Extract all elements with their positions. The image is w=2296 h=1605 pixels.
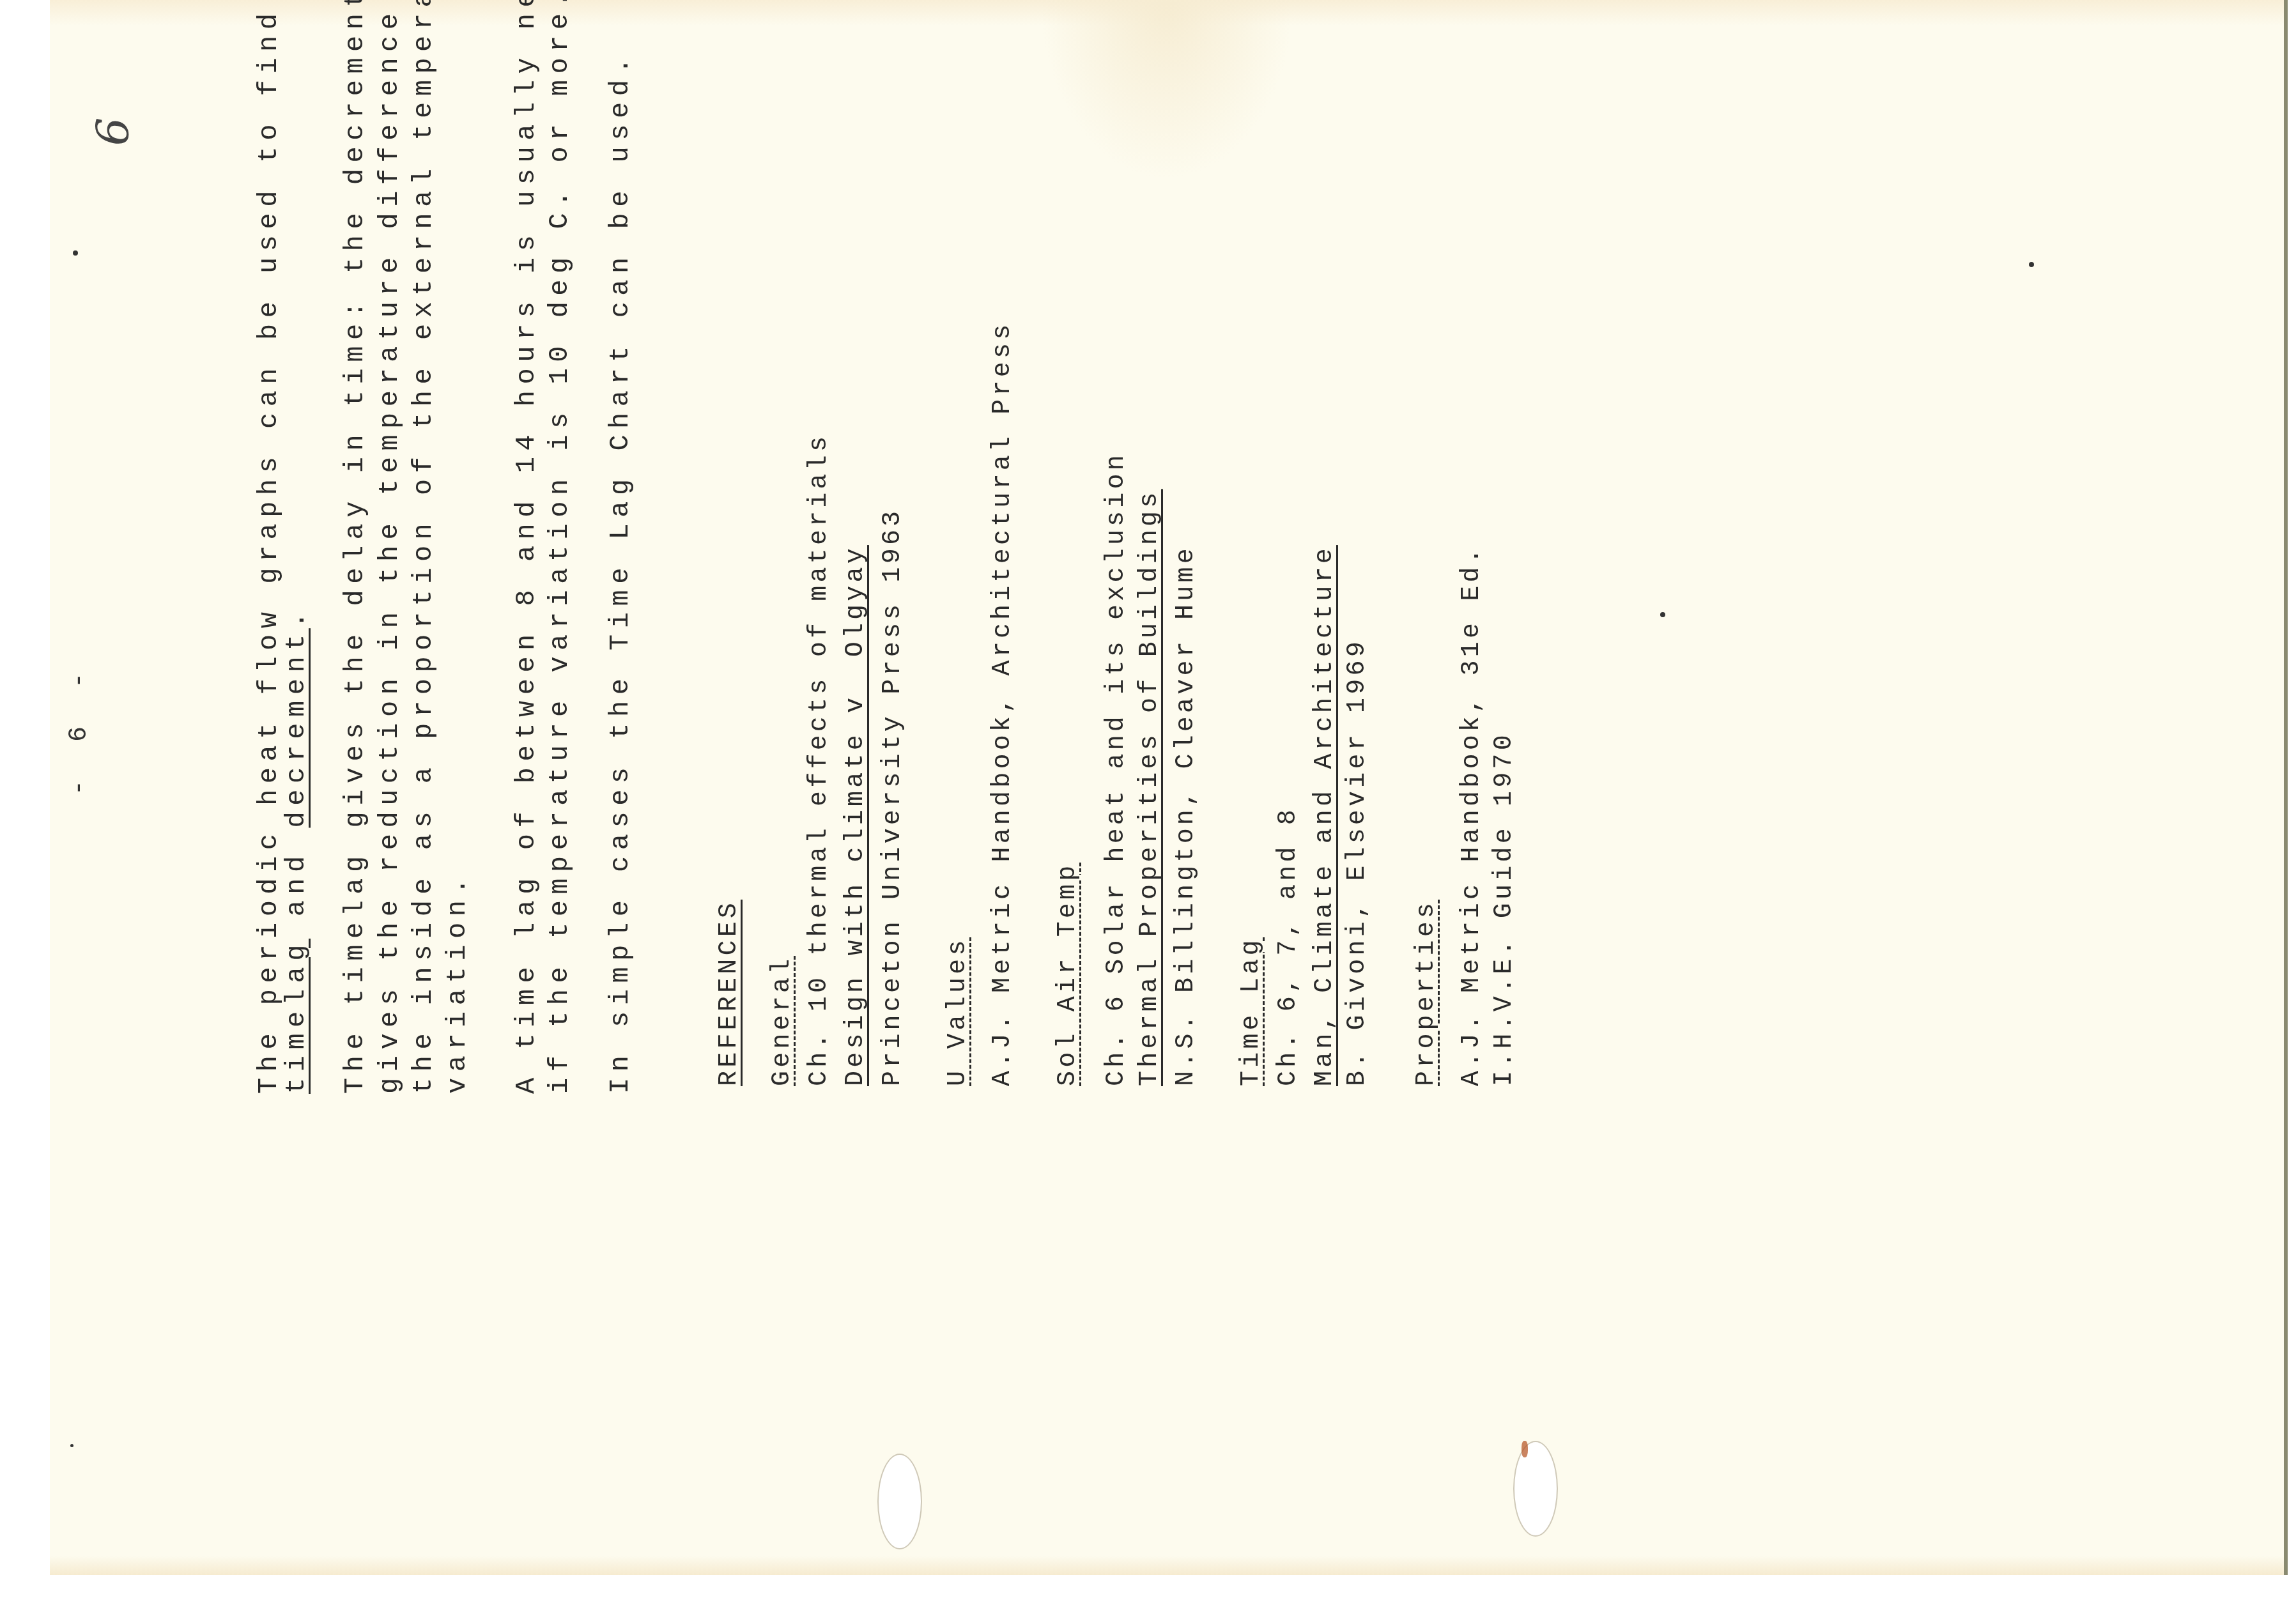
para2-line2: gives the reduction in the temperature d… — [376, 0, 403, 1094]
ink-speck — [1660, 612, 1665, 617]
punch-hole — [877, 1454, 922, 1549]
para3-line1: A time lag of between 8 and 14 hours is … — [513, 0, 540, 1094]
ref-section-u-values: U Values — [946, 937, 971, 1086]
para2-line1: The timelag gives the delay in time: the… — [342, 0, 369, 1094]
rust-stain — [1522, 1441, 1528, 1457]
ref-line: Princeton University Press 1963 — [881, 508, 906, 1086]
para3-line2: if the temperature variation is 10 deg C… — [546, 0, 573, 1094]
ref-line: N.S. Billington, Cleaver Hume — [1174, 545, 1199, 1086]
ref-line: Ch. 6 Solar heat and its exclusion — [1104, 452, 1130, 1086]
ref-line: Ch. 6, 7, and 8 — [1276, 806, 1302, 1086]
ref-section-properties: Properties — [1414, 900, 1440, 1086]
para2-line3: the inside as a proportion of the extern… — [410, 0, 437, 1094]
ref-line: A.J. Metric Handbook, 31e Ed. — [1460, 545, 1485, 1086]
ref-section-time-lag: Time Lag — [1239, 937, 1265, 1086]
ref-line: Design with climate v Olgyay — [844, 545, 869, 1086]
para1-line2: timelag and decrement. — [283, 606, 310, 1094]
para4-line1: In simple cases the Time Lag Chart can b… — [607, 52, 634, 1094]
ref-line: Thermal Properities of Buildings — [1137, 489, 1163, 1086]
ref-section-sol-air-temp: Sol Air Temp — [1056, 863, 1081, 1086]
references-heading: REFERENCES — [717, 900, 743, 1086]
ink-speck — [70, 1444, 73, 1447]
ref-line: A.J. Metric Handbook, Architectural Pres… — [990, 321, 1016, 1086]
punch-hole — [1513, 1441, 1558, 1537]
para2-line4: variation. — [444, 872, 471, 1094]
term-decrement: decrement — [281, 628, 312, 827]
ref-line: I.H.V.E. Guide 1970 — [1492, 732, 1518, 1086]
ref-line: B. Givoni, Elsevier 1969 — [1345, 638, 1371, 1086]
ref-line: Man, Climate and Architecture — [1313, 545, 1338, 1086]
handwritten-page-number: 6 — [87, 118, 139, 146]
term-timelag: timelag — [281, 939, 312, 1094]
ink-speck — [73, 250, 78, 256]
page-marker: - 6 - — [65, 661, 94, 795]
ref-line: Ch. 10 thermal effects of materials — [807, 433, 833, 1086]
ink-speck — [2029, 262, 2034, 267]
ref-section-general: General — [770, 956, 796, 1086]
para1-line1: The periodic heat flow graphs can be use… — [256, 7, 282, 1094]
